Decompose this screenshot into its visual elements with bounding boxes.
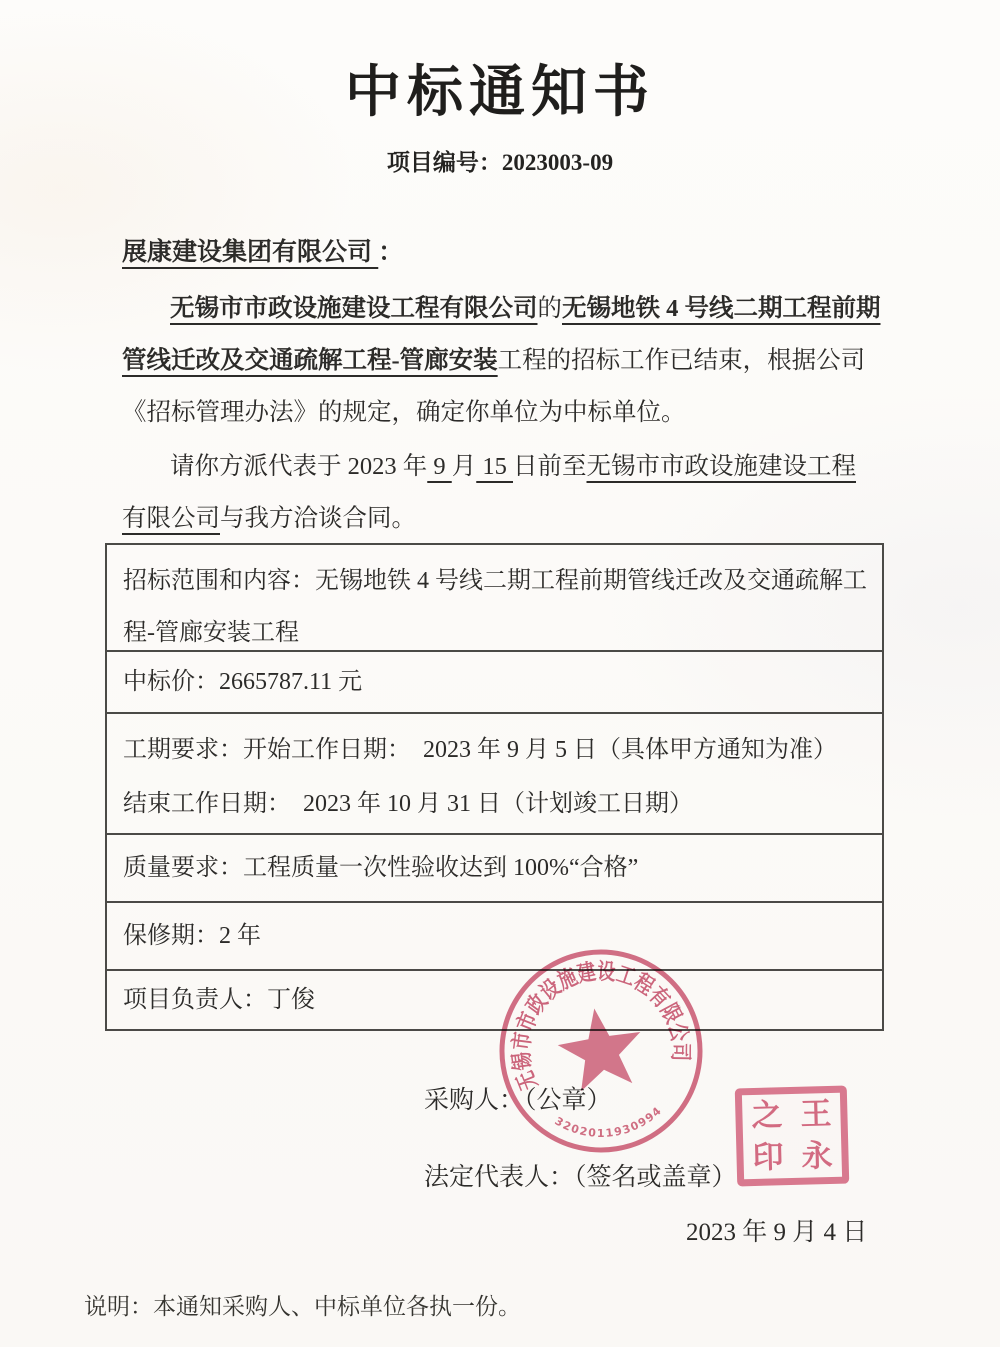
meeting-month: 9 — [427, 453, 452, 480]
paragraph1-line2: 管线迁改及交通疏解工程-管廊安装工程的招标工作已结束，根据公司 — [122, 344, 865, 378]
paragraph1-line3: 《招标管理办法》的规定，确定你单位为中标单位。 — [122, 396, 686, 430]
addressee-line: 展康建设集团有限公司 ： — [122, 236, 403, 270]
project-name-part2: 管线迁改及交通疏解工程-管廊安装 — [122, 347, 498, 374]
bid-price-text: 中标价：2665787.11 元 — [123, 652, 882, 712]
purchaser-company-part2: 有限公司 — [122, 505, 220, 532]
tenderer-name: 无锡市市政设施建设工程有限公司 — [170, 295, 538, 322]
company-round-stamp: 无锡市市政设施建设工程有限公司 3202011930994 — [469, 919, 732, 1182]
paragraph2-line2: 有限公司与我方洽谈合同。 — [122, 502, 416, 536]
seal-char-bottom-right: 永 — [801, 1140, 833, 1172]
schedule-start-text: 工期要求：开始工作日期： 2023 年 9 月 5 日（具体甲方通知为准） — [123, 723, 882, 777]
paragraph2-lead: 请你方派代表于 2023 年 — [170, 453, 427, 480]
paragraph1-line1: 无锡市市政设施建设工程有限公司的无锡地铁 4 号线二期工程前期 — [170, 292, 881, 326]
paragraph2-line1: 请你方派代表于 2023 年 9 月 15 日前至无锡市市政设施建设工程 — [170, 450, 856, 484]
table-row-quality: 质量要求：工程质量一次性验收达到 100%“合格” — [107, 833, 882, 901]
stamp-star-icon — [553, 1002, 648, 1094]
addressee-company: 展康建设集团有限公司 — [122, 239, 378, 266]
signature-date: 2023 年 9 月 4 日 — [686, 1212, 867, 1248]
paragraph1-rest: 工程的招标工作已结束，根据公司 — [498, 347, 866, 374]
scope-line2: 程-管廊安装工程 — [123, 607, 882, 650]
table-row-bid-price: 中标价：2665787.11 元 — [107, 650, 882, 712]
project-number-label: 项目编号： — [387, 150, 502, 175]
seal-char-top-left: 之 — [751, 1100, 783, 1132]
project-number-value: 2023003-09 — [502, 150, 613, 175]
table-row-scope: 招标范围和内容：无锡地铁 4 号线二期工程前期管线迁改及交通疏解工程-管廊安装工… — [107, 545, 882, 650]
project-name-part1: 无锡地铁 4 号线二期工程前期 — [562, 295, 881, 322]
footer-note: 说明：本通知采购人、中标单位各执一份。 — [84, 1288, 521, 1321]
purchaser-company-part1: 无锡市市政设施建设工程 — [587, 453, 857, 480]
table-row-schedule: 工期要求：开始工作日期： 2023 年 9 月 5 日（具体甲方通知为准）结束工… — [107, 712, 882, 833]
connector-text: 的 — [538, 295, 563, 322]
document-title: 中标通知书 — [0, 48, 1000, 128]
stamp-registration-number: 3202011930994 — [551, 1098, 668, 1148]
seal-char-bottom-left: 印 — [752, 1142, 784, 1174]
seal-char-top-right: 王 — [800, 1098, 832, 1130]
meeting-day: 15 — [476, 453, 513, 480]
scope-line1: 招标范围和内容：无锡地铁 4 号线二期工程前期管线迁改及交通疏解工 — [123, 555, 882, 607]
personal-square-seal: 之 王 印 永 — [735, 1086, 850, 1187]
paragraph2-tail: 与我方洽谈合同。 — [220, 505, 416, 532]
project-number-line: 项目编号：2023003-09 — [0, 144, 1000, 177]
day-label: 日前至 — [513, 453, 587, 480]
schedule-end-text: 结束工作日期： 2023 年 10 月 31 日（计划竣工日期） — [123, 777, 882, 831]
addressee-colon: ： — [378, 239, 403, 266]
month-label: 月 — [452, 453, 477, 480]
quality-text: 质量要求：工程质量一次性验收达到 100%“合格” — [123, 835, 882, 901]
